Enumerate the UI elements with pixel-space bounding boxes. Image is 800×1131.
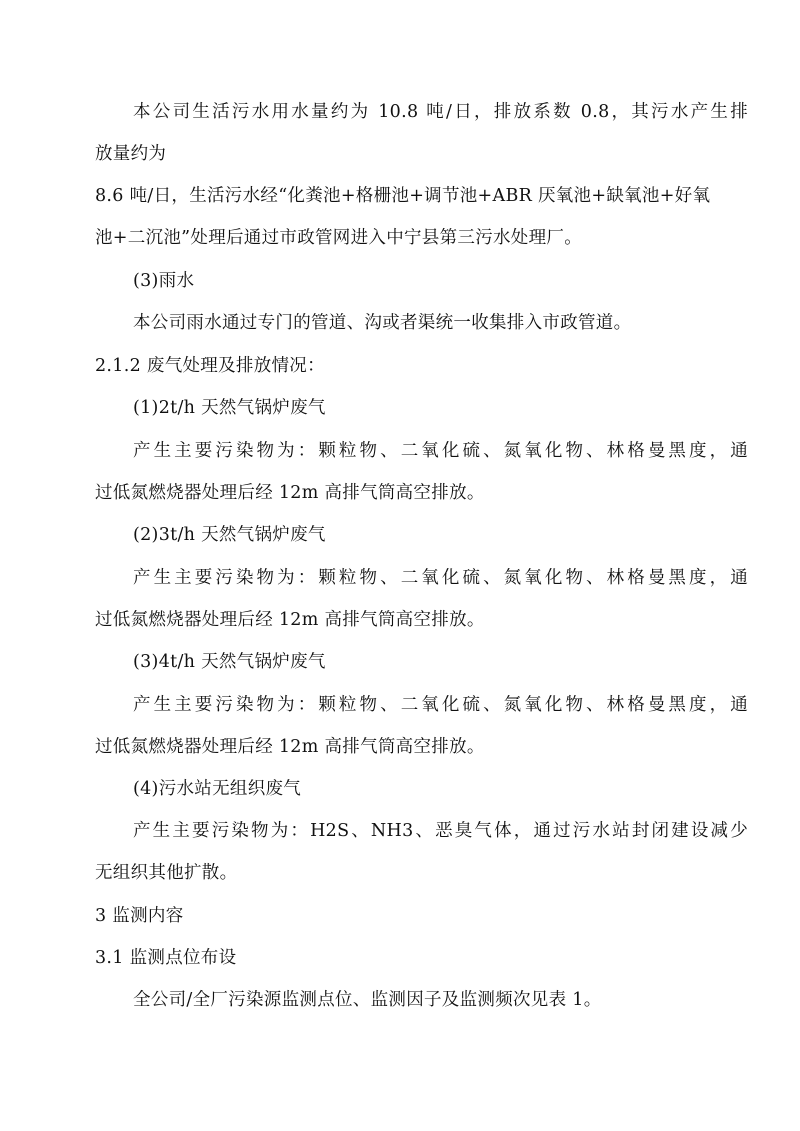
paragraph-boiler-2t-line-1: 产生主要污染物为：颗粒物、二氧化硫、氮氧化物、林格曼黑度，通	[133, 439, 748, 463]
paragraph-boiler-3t-line-1: 产生主要污染物为：颗粒物、二氧化硫、氮氧化物、林格曼黑度，通	[133, 566, 748, 590]
paragraph-domestic-sewage-line-2: 放量约为	[95, 142, 710, 166]
paragraph-boiler-2t-line-2: 过低氮燃烧器处理后经 12m 高排气筒高空排放。	[95, 481, 710, 505]
subheading-boiler-2t: (1)2t/h 天然气锅炉废气	[133, 396, 748, 420]
section-heading-3: 3 监测内容	[95, 904, 710, 928]
paragraph-domestic-sewage-line-4: 池+二沉池”处理后通过市政管网进入中宁县第三污水处理厂。	[95, 226, 710, 250]
subheading-boiler-3t: (2)3t/h 天然气锅炉废气	[133, 523, 748, 547]
document-page: 本公司生活污水用水量约为 10.8 吨/日，排放系数 0.8，其污水产生排 放量…	[0, 0, 800, 1131]
paragraph-domestic-sewage-line-1: 本公司生活污水用水量约为 10.8 吨/日，排放系数 0.8，其污水产生排	[133, 100, 748, 124]
paragraph-monitoring-points: 全公司/全厂污染源监测点位、监测因子及监测频次见表 1。	[133, 988, 748, 1012]
paragraph-boiler-4t-line-1: 产生主要污染物为：颗粒物、二氧化硫、氮氧化物、林格曼黑度，通	[133, 693, 748, 717]
subheading-sewage-station-gas: (4)污水站无组织废气	[133, 777, 748, 801]
paragraph-boiler-3t-line-2: 过低氮燃烧器处理后经 12m 高排气筒高空排放。	[95, 608, 710, 632]
paragraph-sewage-station-gas-line-1: 产生主要污染物为：H2S、NH3、恶臭气体，通过污水站封闭建设减少	[133, 819, 748, 843]
paragraph-domestic-sewage-line-3: 8.6 吨/日，生活污水经“化粪池+格栅池+调节池+ABR 厌氧池+缺氧池+好氧	[95, 184, 710, 208]
subheading-boiler-4t: (3)4t/h 天然气锅炉废气	[133, 650, 748, 674]
subheading-rainwater: (3)雨水	[133, 269, 748, 293]
paragraph-boiler-4t-line-2: 过低氮燃烧器处理后经 12m 高排气筒高空排放。	[95, 735, 710, 759]
section-heading-2-1-2: 2.1.2 废气处理及排放情况：	[95, 354, 710, 378]
paragraph-sewage-station-gas-line-2: 无组织其他扩散。	[95, 861, 710, 885]
paragraph-rainwater: 本公司雨水通过专门的管道、沟或者渠统一收集排入市政管道。	[133, 311, 748, 335]
section-heading-3-1: 3.1 监测点位布设	[95, 946, 710, 970]
